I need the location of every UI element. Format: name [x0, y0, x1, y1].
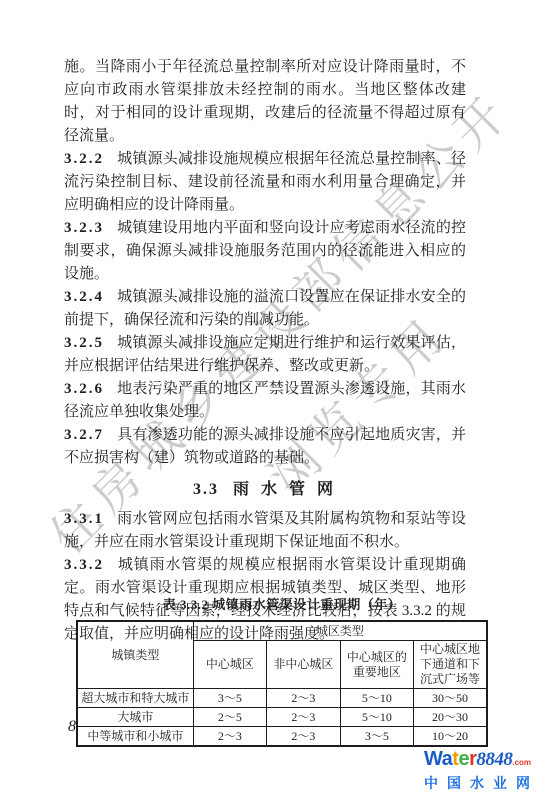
value-cell: 2～3 — [193, 727, 266, 747]
column-header: 中心城区的重要地区 — [340, 641, 413, 689]
document-page: 住房城乡建设部信息公开 浏览专用 施。当降雨小于年径流总量控制率所对应设计降雨量… — [0, 0, 551, 798]
clause-text: 具有渗透功能的源头减排设施不应引起地质灾害，并不应损害构（建）筑物或道路的基础。 — [64, 427, 466, 466]
logo-cn-name: 中国水业网 — [424, 774, 546, 792]
table-row: 中等城市和小城市 2～3 2～3 3～5 10～20 — [77, 727, 487, 747]
clause-text: 雨水管网应包括雨水管渠及其附属构筑物和泵站等设施，并应在雨水管渠设计重现期下保证… — [64, 511, 466, 550]
value-cell: 30～50 — [414, 689, 487, 708]
section-title: 雨 水 管 网 — [233, 481, 337, 498]
clause-3-2-4: 3.2.4城镇源头减排设施的溢流口设置应在保证排水安全的前提下，确保径流和污染的… — [64, 286, 466, 332]
column-header: 中心城区地下通道和下沉式广场等 — [414, 641, 487, 689]
section-heading: 3.3雨 水 管 网 — [64, 478, 466, 501]
page-number: 8 — [68, 718, 76, 736]
clause-3-2-3: 3.2.3城镇建设用地内平面和竖向设计应考虑雨水径流的控制要求，确保源头减排设施… — [64, 217, 466, 286]
clause-3-2-5: 3.2.5城镇源头减排设施应定期进行维护和运行效果评估，并应根据评估结果进行维护… — [64, 332, 466, 378]
water8848-logo: Water8848.com 中国水业网 — [424, 748, 546, 792]
clause-number: 3.2.3 — [64, 220, 104, 236]
logo-letter-group: Wa — [424, 748, 452, 770]
logo-wordmark: Water8848.com — [424, 748, 546, 774]
clause-text: 城镇建设用地内平面和竖向设计应考虑雨水径流的控制要求，确保源头减排设施服务范围内… — [64, 220, 466, 282]
column-header: 非中心城区 — [267, 641, 340, 689]
value-cell: 2～3 — [267, 708, 340, 727]
value-cell: 3～5 — [193, 689, 266, 708]
clause-3-2-6: 3.2.6地表污染严重的地区严禁设置源头渗透设施，其雨水径流应单独收集处理。 — [64, 378, 466, 424]
clause-number: 3.2.6 — [64, 381, 104, 397]
clause-text: 城镇源头减排设施的溢流口设置应在保证排水安全的前提下，确保径流和污染的削减功能。 — [64, 289, 466, 328]
value-cell: 5～10 — [340, 689, 413, 708]
section-number: 3.3 — [193, 481, 219, 498]
row-label: 中等城市和小城市 — [77, 727, 193, 747]
corner-header-cell: 城镇类型 — [77, 621, 193, 689]
clause-3-3-1: 3.3.1雨水管网应包括雨水管渠及其附属构筑物和泵站等设施，并应在雨水管渠设计重… — [64, 508, 466, 554]
value-cell: 10～20 — [414, 727, 487, 747]
clause-text: 城镇源头减排设施规模应根据年径流总量控制率、径流污染控制目标、建设前径流量和雨水… — [64, 151, 466, 213]
table-row: 大城市 2～5 2～3 5～10 20～30 — [77, 708, 487, 727]
value-cell: 2～3 — [267, 689, 340, 708]
design-period-table: 城镇类型 城区类型 中心城区 非中心城区 中心城区的重要地区 中心城区地下通道和… — [76, 620, 488, 747]
value-cell: 3～5 — [340, 727, 413, 747]
clause-text: 施。当降雨小于年径流总量控制率所对应设计降雨量时，不应向市政雨水管渠排放未经控制… — [64, 59, 466, 144]
table-row: 超大城市和特大城市 3～5 2～3 5～10 30～50 — [77, 689, 487, 708]
paragraph-continuation: 施。当降雨小于年径流总量控制率所对应设计降雨量时，不应向市政雨水管渠排放未经控制… — [64, 56, 466, 148]
clause-number: 3.2.7 — [64, 427, 104, 443]
value-cell: 20～30 — [414, 708, 487, 727]
clause-text: 城镇源头减排设施应定期进行维护和运行效果评估，并应根据评估结果进行维护保养、整改… — [64, 335, 466, 374]
table-section: 表 3.3.2 城镇雨水管渠设计重现期（年） 城镇类型 城区类型 中心城区 非中… — [76, 594, 488, 747]
group-header-cell: 城区类型 — [193, 621, 487, 641]
value-cell: 2～5 — [193, 708, 266, 727]
row-label: 超大城市和特大城市 — [77, 689, 193, 708]
clause-text: 地表污染严重的地区严禁设置源头渗透设施，其雨水径流应单独收集处理。 — [64, 381, 466, 420]
value-cell: 5～10 — [340, 708, 413, 727]
clause-number: 3.3.2 — [64, 557, 104, 573]
value-cell: 2～3 — [267, 727, 340, 747]
row-label: 大城市 — [77, 708, 193, 727]
logo-number: 8848 — [476, 749, 512, 770]
text-column: 施。当降雨小于年径流总量控制率所对应设计降雨量时，不应向市政雨水管渠排放未经控制… — [64, 56, 466, 646]
clause-number: 3.2.4 — [64, 289, 104, 305]
clause-3-2-7: 3.2.7具有渗透功能的源头减排设施不应引起地质灾害，并不应损害构（建）筑物或道… — [64, 424, 466, 470]
clause-3-2-2: 3.2.2城镇源头减排设施规模应根据年径流总量控制率、径流污染控制目标、建设前径… — [64, 148, 466, 217]
clause-number: 3.3.1 — [64, 511, 104, 527]
column-header: 中心城区 — [193, 641, 266, 689]
table-caption: 表 3.3.2 城镇雨水管渠设计重现期（年） — [76, 594, 488, 613]
logo-tld: .com — [512, 758, 531, 767]
logo-letter-group: e — [458, 748, 469, 770]
table-group-header-row: 城镇类型 城区类型 — [77, 621, 487, 641]
clause-number: 3.2.2 — [64, 151, 104, 167]
clause-number: 3.2.5 — [64, 335, 104, 351]
